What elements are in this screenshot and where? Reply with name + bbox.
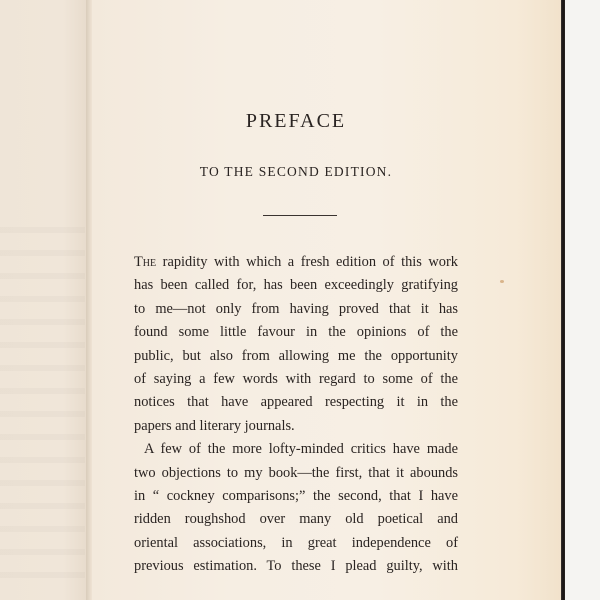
left-page [0,0,90,600]
page-subtitle: TO THE SECOND EDITION. [134,164,458,180]
text-line: of saying a few words with regard to som… [134,368,458,391]
paper-speck [500,280,504,283]
divider-rule [263,215,337,216]
text-line: papers and literary journals. [134,415,458,438]
text-line: previous estimation. To these I plead gu… [134,555,458,578]
text-line: ridden roughshod over many old poetical … [134,508,458,531]
preface-body: The rapidity with which a fresh edition … [134,251,458,578]
text-line: to me—not only from having proved that i… [134,298,458,321]
text-line: A few of the more lofty-minded critics h… [134,438,458,461]
page-title: PREFACE [134,110,458,133]
text-line: public, but also from allowing me the op… [134,345,458,368]
text-line: found some little favour in the opinions… [134,321,458,344]
backdrop [565,0,600,600]
text-line: The rapidity with which a fresh edition … [134,251,458,274]
text-line: two objections to my book—the first, tha… [134,462,458,485]
text-line: oriental associations, in great independ… [134,532,458,555]
book-photo: PREFACE TO THE SECOND EDITION. The rapid… [0,0,600,600]
text-line: in “ cockney comparisons;” the second, t… [134,485,458,508]
text-line: notices that have appeared respecting it… [134,391,458,414]
show-through-text [0,215,85,595]
drop-word: The [134,254,156,270]
text-line: has been called for, has been exceedingl… [134,274,458,297]
